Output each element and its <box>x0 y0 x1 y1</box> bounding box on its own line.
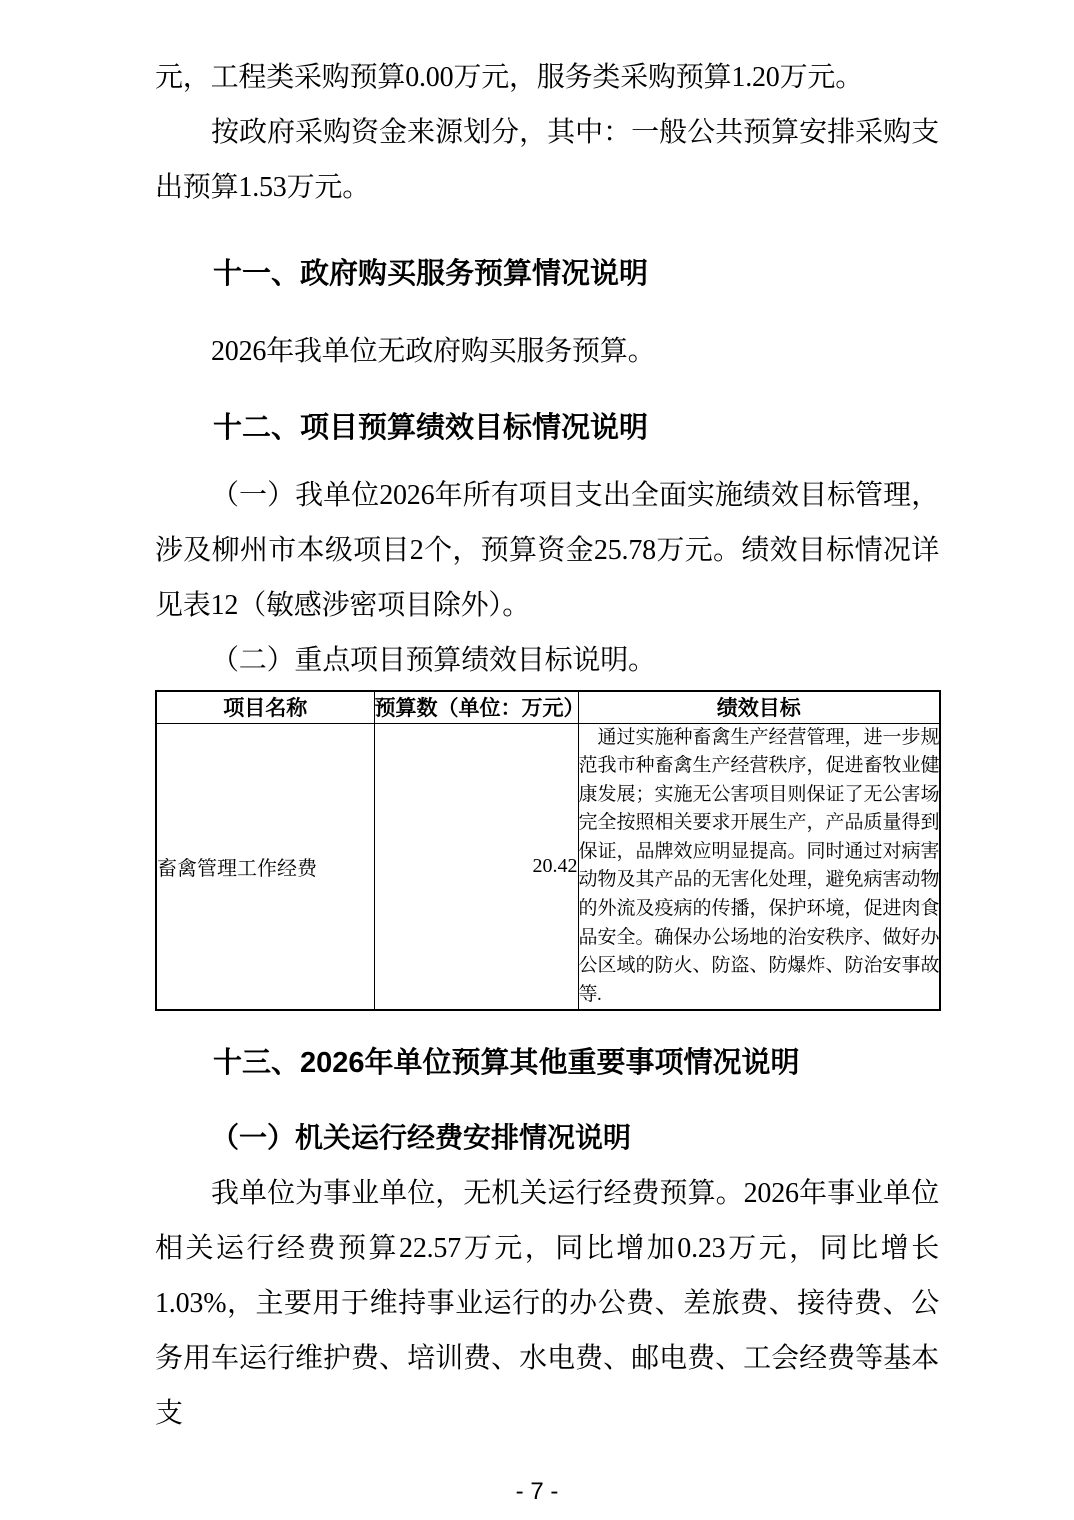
page-number: - 7 - <box>0 1478 1074 1506</box>
section-12-heading: 十二、项目预算绩效目标情况说明 <box>155 401 939 456</box>
table-row: 畜禽管理工作经费 20.42 通过实施种畜禽生产经营管理，进一步规范我市种畜禽生… <box>156 723 940 1010</box>
col-header-performance-target: 绩效目标 <box>578 691 940 723</box>
section-13-sub1-body: 我单位为事业单位，无机关运行经费预算。2026年事业单位相关运行经费预算22.5… <box>155 1166 939 1441</box>
section-12-paragraph-1: （一）我单位2026年所有项目支出全面实施绩效目标管理，涉及柳州市本级项目2个，… <box>155 468 939 633</box>
project-name-cell: 畜禽管理工作经费 <box>156 723 374 1010</box>
col-header-project-name: 项目名称 <box>156 691 374 723</box>
section-11-body: 2026年我单位无政府购买服务预算。 <box>155 324 939 379</box>
performance-target-table: 项目名称 预算数（单位：万元） 绩效目标 畜禽管理工作经费 20.42 通过实施… <box>155 690 941 1011</box>
budget-cell: 20.42 <box>374 723 578 1010</box>
table-header-row: 项目名称 预算数（单位：万元） 绩效目标 <box>156 691 940 723</box>
section-11-heading: 十一、政府购买服务预算情况说明 <box>155 247 939 302</box>
section-13-sub1-heading: （一）机关运行经费安排情况说明 <box>155 1111 939 1166</box>
col-header-budget: 预算数（单位：万元） <box>374 691 578 723</box>
section-12-paragraph-2: （二）重点项目预算绩效目标说明。 <box>155 633 939 688</box>
section-13-heading: 十三、2026年单位预算其他重要事项情况说明 <box>155 1036 939 1091</box>
performance-target-cell: 通过实施种畜禽生产经营管理，进一步规范我市种畜禽生产经营秩序，促进畜牧业健康发展… <box>578 723 940 1010</box>
intro-continuation-paragraph: 元，工程类采购预算0.00万元，服务类采购预算1.20万元。 <box>155 50 939 105</box>
intro-paragraph: 按政府采购资金来源划分，其中：一般公共预算安排采购支出预算1.53万元。 <box>155 105 939 215</box>
document-page: 元，工程类采购预算0.00万元，服务类采购预算1.20万元。 按政府采购资金来源… <box>0 0 1074 1520</box>
